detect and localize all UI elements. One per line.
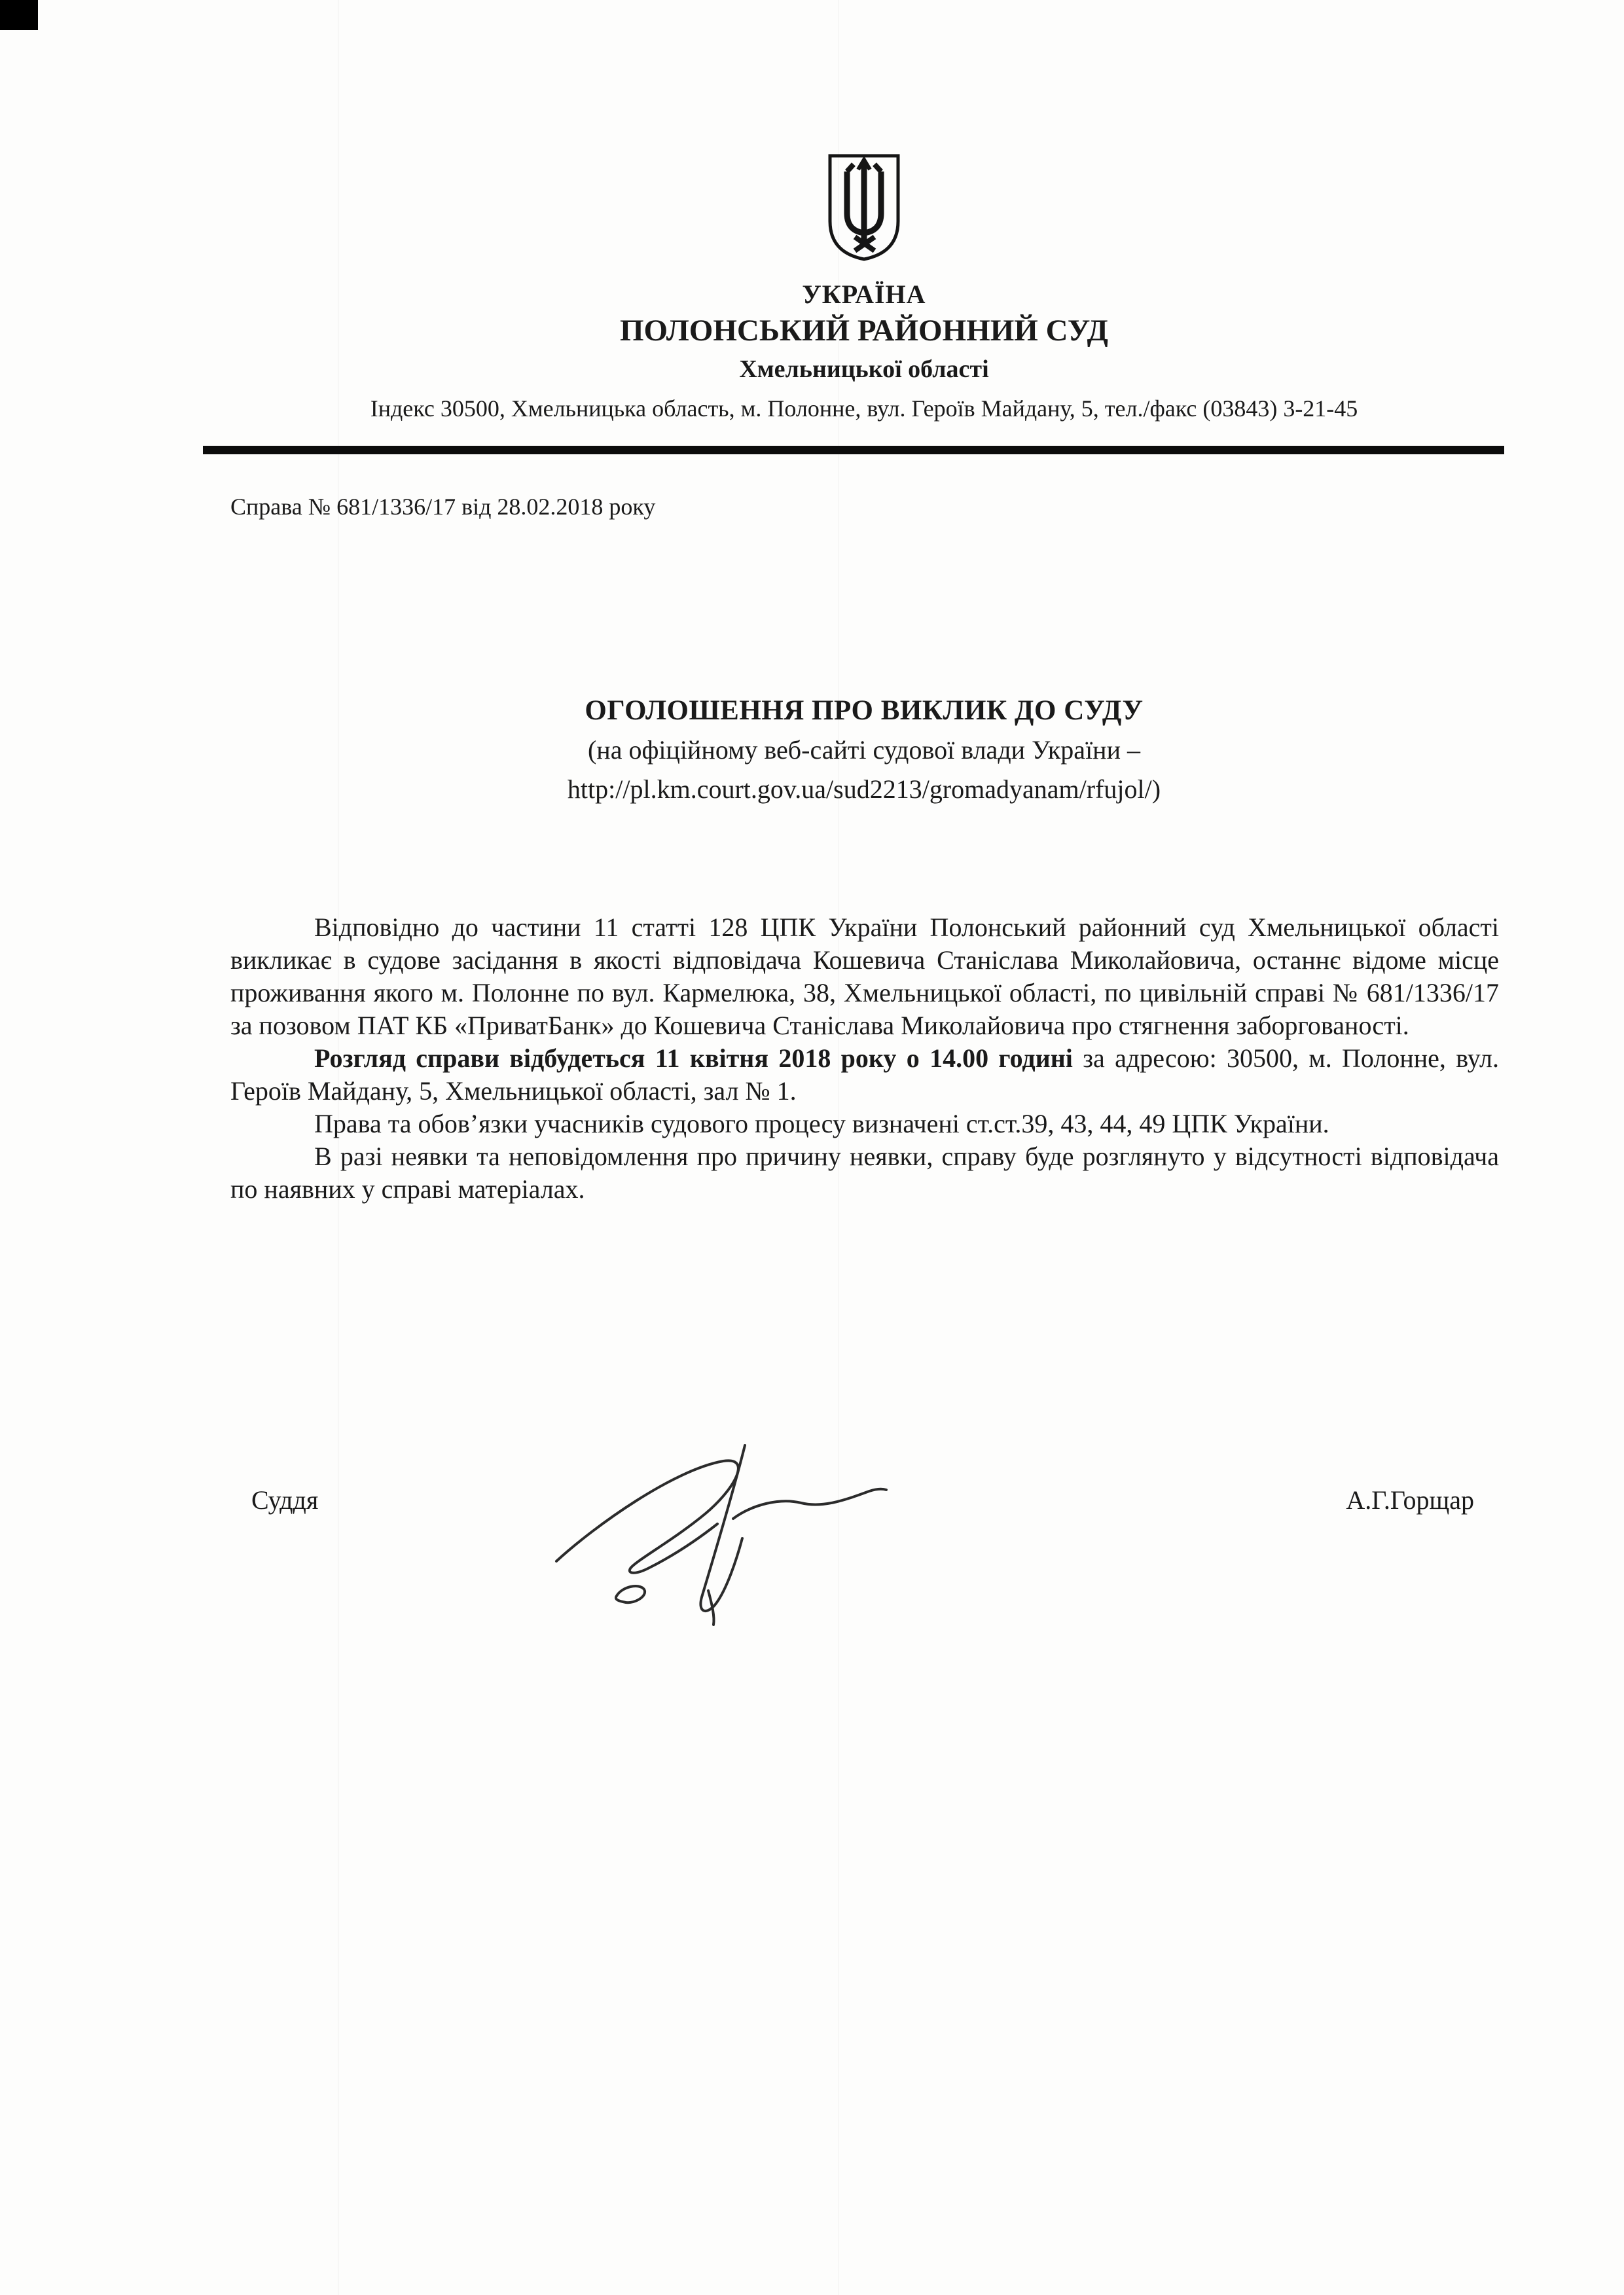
- body-paragraph-hearing: Розгляд справи відбудеться 11 квітня 201…: [230, 1042, 1499, 1108]
- scan-artifact-corner-mark: [0, 0, 38, 30]
- case-number-line: Справа № 681/1336/17 від 28.02.2018 року: [230, 492, 655, 521]
- body-paragraph-absence: В разі неявки та неповідомлення про прич…: [230, 1140, 1499, 1206]
- court-letterhead: УКРАЇНА ПОЛОНСЬКИЙ РАЙОННИЙ СУД Хмельниц…: [229, 152, 1499, 425]
- court-region: Хмельницької області: [229, 351, 1499, 388]
- judge-role-label: Суддя: [230, 1485, 318, 1516]
- letterhead-divider-rule: [203, 446, 1504, 454]
- country-title: УКРАЇНА: [229, 279, 1499, 310]
- judge-name: А.Г.Горщар: [1346, 1485, 1474, 1516]
- body-paragraph-rights: Права та обов’язки учасників судового пр…: [230, 1108, 1499, 1140]
- announcement-subtitle: (на офіційному веб-сайті судової влади У…: [229, 731, 1499, 770]
- scanned-court-document-page: УКРАЇНА ПОЛОНСЬКИЙ РАЙОННИЙ СУД Хмельниц…: [0, 0, 1624, 2295]
- handwritten-signature: [537, 1440, 916, 1630]
- announcement-title-block: ОГОЛОШЕННЯ ПРО ВИКЛИК ДО СУДУ (на офіцій…: [229, 691, 1499, 809]
- court-address-line: Індекс 30500, Хмельницька область, м. По…: [229, 391, 1499, 425]
- announcement-heading: ОГОЛОШЕННЯ ПРО ВИКЛИК ДО СУДУ: [229, 691, 1499, 731]
- court-name: ПОЛОНСЬКИЙ РАЙОННИЙ СУД: [229, 310, 1499, 351]
- ukraine-trident-emblem-icon: [823, 152, 905, 262]
- announcement-body: Відповідно до частини 11 статті 128 ЦПК …: [230, 911, 1499, 1206]
- body-paragraph-summons: Відповідно до частини 11 статті 128 ЦПК …: [230, 911, 1499, 1042]
- announcement-url: http://pl.km.court.gov.ua/sud2213/gromad…: [229, 770, 1499, 809]
- hearing-datetime: Розгляд справи відбудеться 11 квітня 201…: [314, 1043, 1073, 1073]
